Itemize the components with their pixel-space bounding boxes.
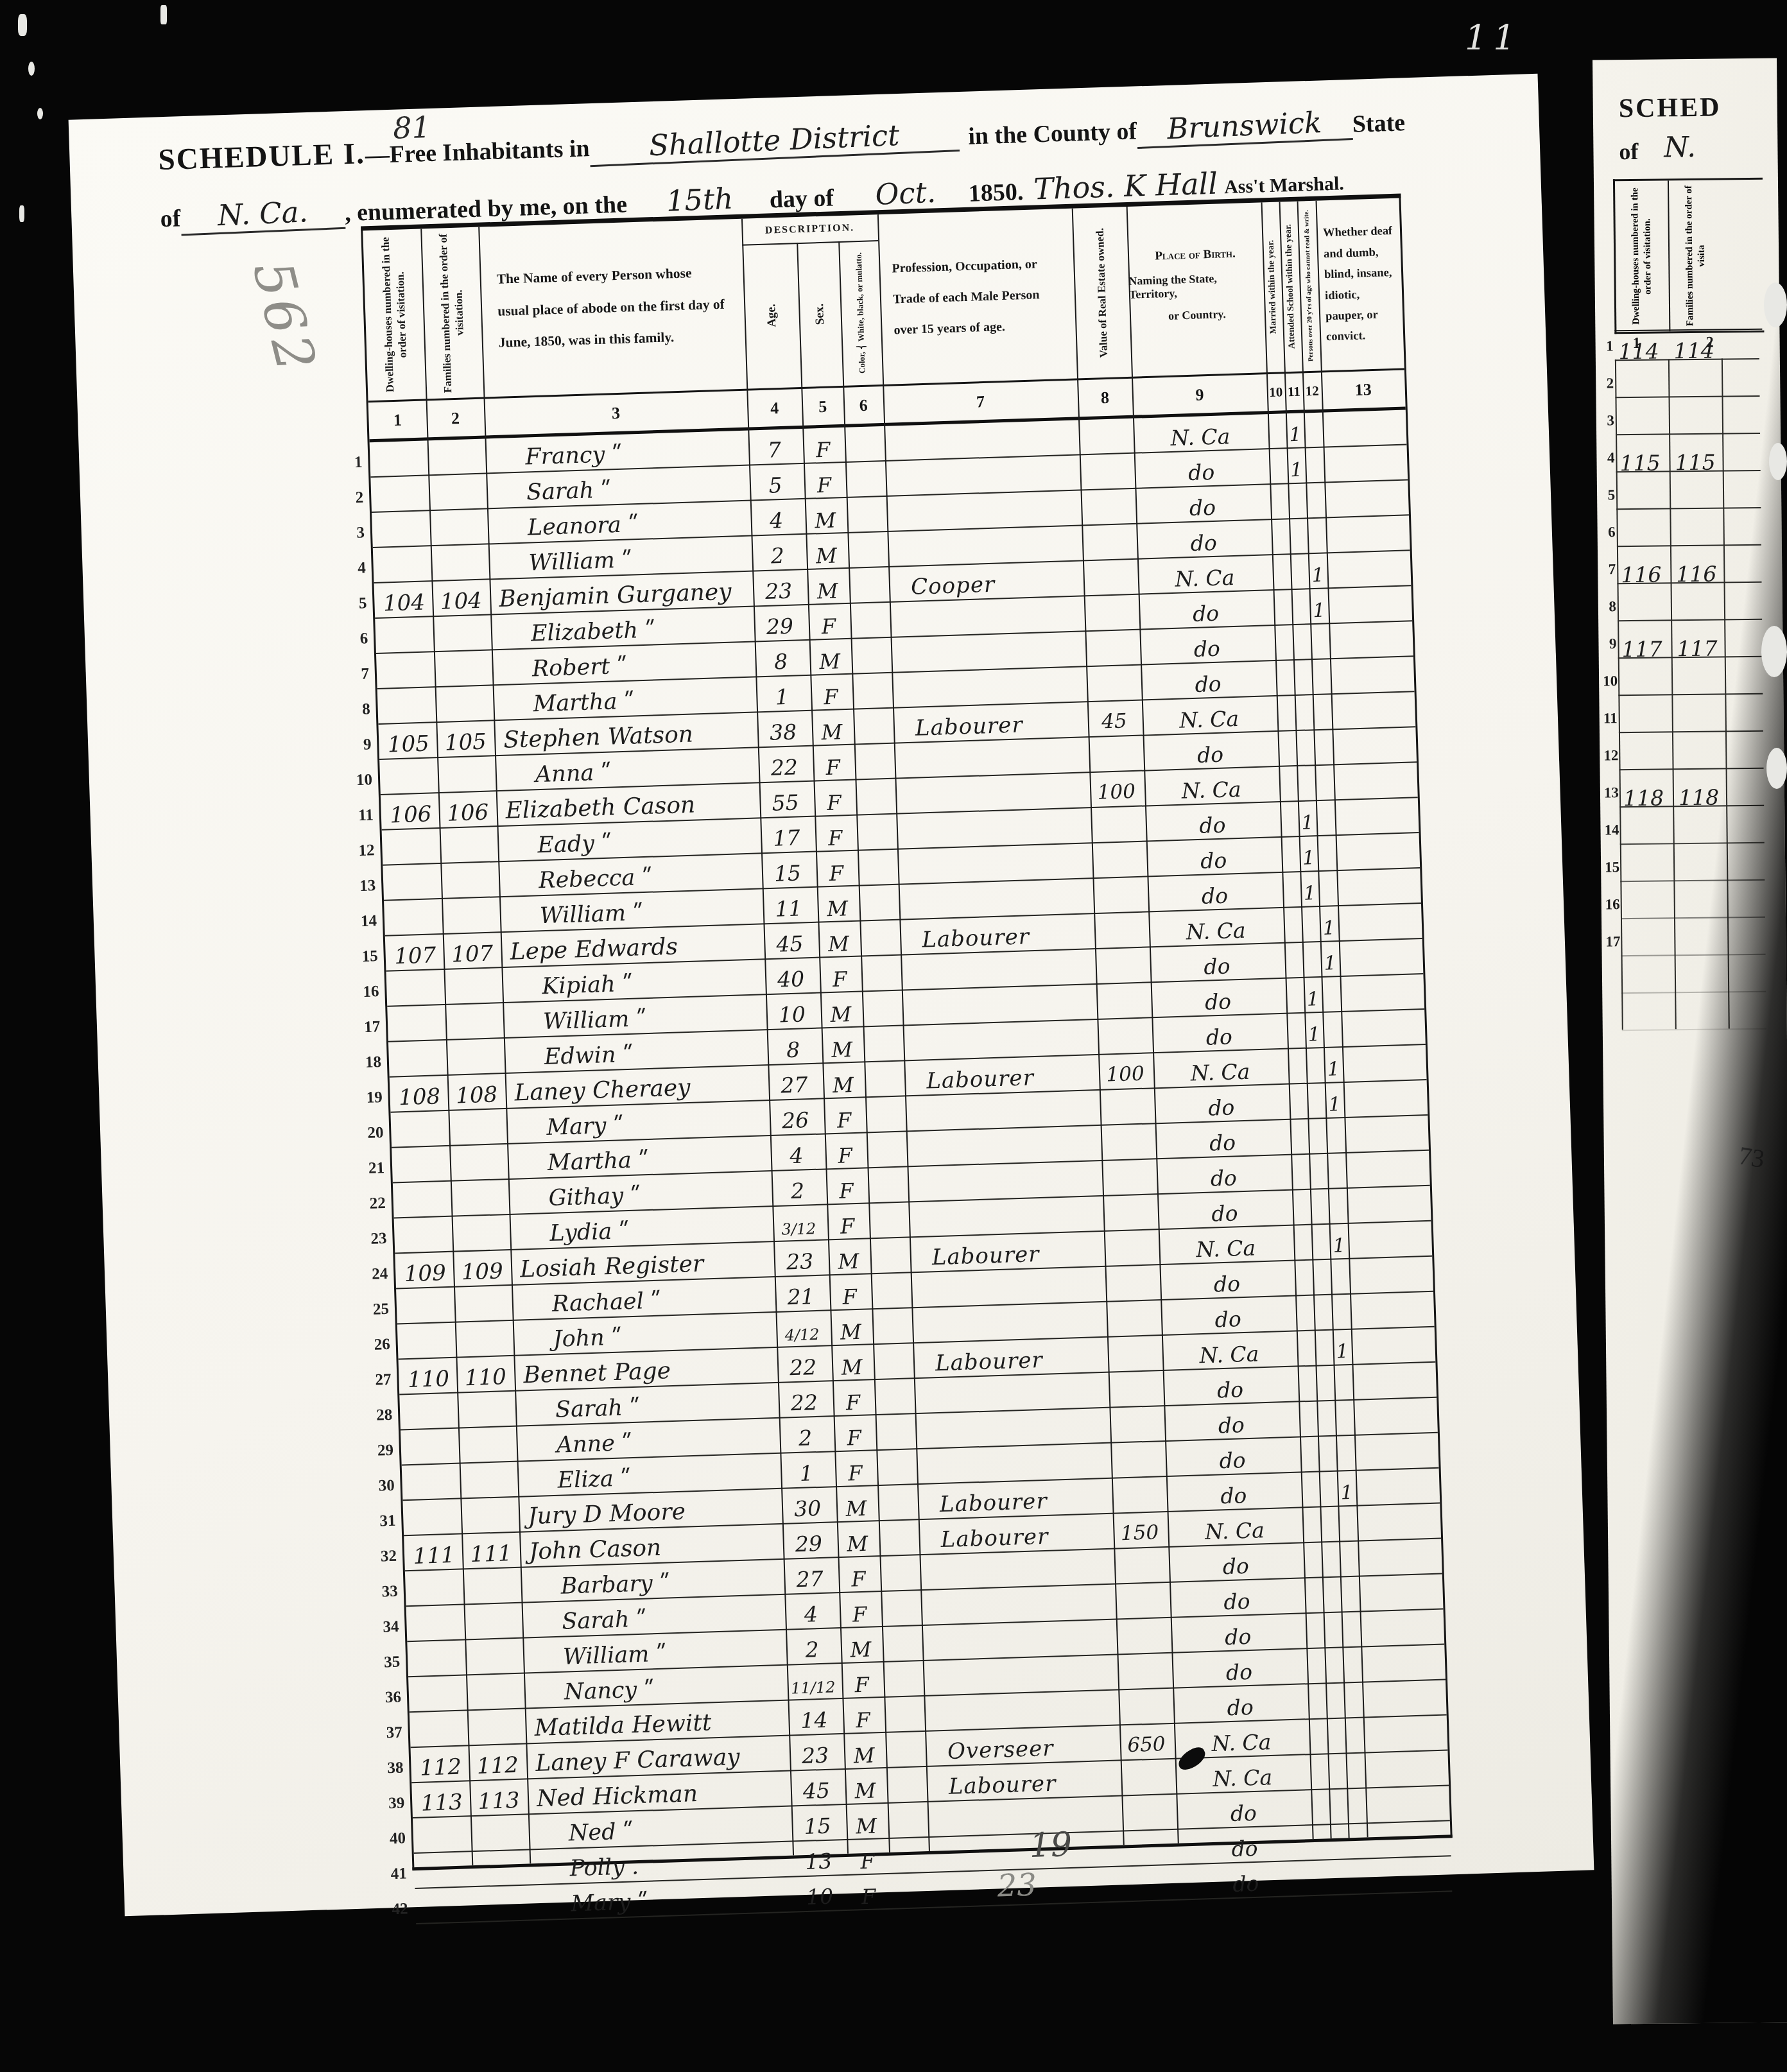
cell-dwelling-number: 110 bbox=[401, 1368, 456, 1392]
cell-dwelling-number: 108 bbox=[392, 1085, 447, 1109]
cell-deaf-dumb bbox=[1350, 1288, 1432, 1291]
cell-cannot-read-tick: 1 bbox=[1320, 919, 1339, 938]
cell-school-tick: 1 bbox=[1305, 1025, 1324, 1045]
column-number: 6 bbox=[843, 386, 884, 424]
cell-dwelling-number bbox=[373, 472, 427, 474]
bottom-tally-mark: 19 bbox=[1029, 1826, 1073, 1865]
cell-married-tick bbox=[1308, 1680, 1325, 1680]
cell-school-tick bbox=[1319, 1468, 1337, 1469]
cell-married-tick bbox=[1299, 1398, 1317, 1399]
cell-cannot-read-tick bbox=[1328, 1185, 1347, 1186]
cell-cannot-read-tick bbox=[1306, 479, 1324, 479]
census-scan: { "margin": { "top_right_number": "11", … bbox=[0, 0, 1787, 2072]
cell-name: Lepe Edwards bbox=[501, 933, 763, 964]
printed-line-number: 18 bbox=[349, 1054, 382, 1071]
cell-name: Francy ʺ bbox=[485, 440, 748, 471]
cell-deaf-dumb bbox=[1360, 1606, 1442, 1609]
right-handwritten-state-fragment: N. bbox=[1664, 131, 1696, 164]
cell-real-estate-value: 650 bbox=[1119, 1734, 1173, 1756]
cell-cannot-read-tick bbox=[1350, 1890, 1368, 1891]
printed-line-number: 10 bbox=[340, 772, 373, 789]
cell-deaf-dumb bbox=[1333, 759, 1415, 761]
cell-cannot-read-tick bbox=[1345, 1749, 1364, 1750]
cell-family-number bbox=[444, 929, 499, 931]
cell-profession: Labourer bbox=[904, 1065, 1098, 1092]
cell-school-tick: 1 bbox=[1300, 884, 1319, 904]
right-cell-family-number: 117 bbox=[1677, 636, 1717, 662]
cell-family-number bbox=[460, 1458, 515, 1460]
cell-family-number bbox=[456, 1317, 512, 1319]
cell-dwelling-number bbox=[383, 790, 437, 791]
cell-birthplace: do bbox=[1170, 1589, 1304, 1614]
scan-blob bbox=[1766, 748, 1787, 789]
cell-real-estate-value bbox=[1110, 1437, 1163, 1438]
cell-dwelling-number: 109 bbox=[398, 1262, 453, 1286]
cell-age: 2 bbox=[786, 1638, 838, 1661]
printed-text: in the County of bbox=[968, 117, 1137, 150]
cell-birthplace: N. Ca bbox=[1134, 424, 1268, 450]
cell-age: 4 bbox=[770, 1144, 822, 1167]
cell-cannot-read-tick bbox=[1319, 902, 1338, 903]
header-family-number: Families numbered in the order of visita… bbox=[420, 227, 483, 399]
right-printed-line-number: 6 bbox=[1601, 524, 1616, 540]
cell-name: Nancy ʺ bbox=[524, 1675, 786, 1705]
cell-family-number bbox=[460, 1423, 515, 1425]
right-printed-line-number: 17 bbox=[1605, 933, 1619, 950]
cell-cannot-read-tick bbox=[1339, 1538, 1358, 1539]
cell-age: 4 bbox=[785, 1603, 837, 1625]
cell-cannot-read-tick: 1 bbox=[1333, 1342, 1352, 1362]
cell-married-tick bbox=[1277, 727, 1295, 728]
cell-profession: Labourer bbox=[926, 1771, 1119, 1799]
cell-sex: F bbox=[826, 1180, 867, 1202]
cell-sex: M bbox=[837, 1533, 877, 1555]
cell-school-tick bbox=[1332, 1891, 1350, 1892]
cell-school-tick: 1 bbox=[1299, 813, 1317, 833]
cell-married-tick bbox=[1289, 1080, 1307, 1081]
cell-married-tick bbox=[1309, 1715, 1327, 1716]
cell-dwelling-number bbox=[381, 719, 435, 721]
cell-school-tick bbox=[1309, 1150, 1327, 1151]
cell-real-estate-value bbox=[1101, 1154, 1154, 1156]
cell-profession: Cooper bbox=[889, 571, 1082, 598]
column-number: 13 bbox=[1321, 370, 1406, 409]
cell-sex: F bbox=[814, 792, 854, 814]
cell-real-estate-value bbox=[1094, 908, 1146, 910]
cell-cannot-read-tick: 1 bbox=[1320, 954, 1340, 974]
cell-dwelling-number: 113 bbox=[415, 1791, 469, 1815]
right-cell-dwelling-number: 116 bbox=[1621, 562, 1661, 588]
printed-line-number: 2 bbox=[331, 490, 364, 507]
cell-dwelling-number bbox=[419, 1919, 472, 1921]
cell-real-estate-value: 100 bbox=[1099, 1064, 1152, 1085]
cell-sex: M bbox=[829, 1250, 869, 1272]
printed-line-number: 33 bbox=[365, 1584, 398, 1601]
cell-married-tick bbox=[1309, 1750, 1327, 1751]
cell-family-number bbox=[447, 1035, 503, 1037]
cell-birthplace: do bbox=[1164, 1412, 1299, 1438]
cell-name: Stephen Watson bbox=[494, 721, 757, 752]
cell-deaf-dumb bbox=[1368, 1888, 1451, 1890]
cell-real-estate-value bbox=[1121, 1790, 1174, 1791]
cell-cannot-read-tick bbox=[1331, 1291, 1350, 1291]
cell-name: Ned ʺ bbox=[528, 1816, 791, 1847]
cell-family-number bbox=[432, 541, 487, 543]
cell-married-tick bbox=[1297, 1327, 1315, 1328]
cell-dwelling-number: 106 bbox=[383, 803, 438, 827]
printed-line-number: 30 bbox=[362, 1478, 395, 1495]
cell-cannot-read-tick bbox=[1336, 1432, 1354, 1433]
grid-line bbox=[1618, 619, 1762, 621]
printed-line-number: 9 bbox=[339, 736, 372, 754]
cell-married-tick bbox=[1311, 1786, 1329, 1786]
cell-age: 4/12 bbox=[776, 1326, 828, 1343]
cell-cannot-read-tick bbox=[1317, 832, 1335, 833]
cell-birthplace: N. Ca bbox=[1159, 1236, 1293, 1262]
cell-name: Sarah ʺ bbox=[487, 475, 749, 506]
cell-family-number: 105 bbox=[438, 730, 494, 754]
cell-school-tick: 1 bbox=[1304, 990, 1322, 1010]
cell-age: 30 bbox=[782, 1497, 834, 1519]
cell-family-number: 113 bbox=[471, 1790, 527, 1813]
cell-birthplace: do bbox=[1152, 1024, 1286, 1050]
cell-birthplace: do bbox=[1146, 848, 1281, 874]
cell-dwelling-number: 111 bbox=[407, 1544, 462, 1568]
cell-age: 29 bbox=[754, 615, 806, 637]
cell-family-number: 110 bbox=[458, 1366, 514, 1390]
cell-family-number bbox=[440, 788, 495, 790]
cell-family-number bbox=[442, 858, 497, 860]
cell-name: William ʺ bbox=[488, 546, 751, 576]
cell-birthplace: do bbox=[1161, 1307, 1295, 1333]
cell-age: 45 bbox=[764, 933, 816, 955]
cell-real-estate-value bbox=[1115, 1578, 1168, 1580]
cell-deaf-dumb bbox=[1368, 1852, 1450, 1855]
cell-birthplace: do bbox=[1163, 1377, 1297, 1403]
cell-school-tick bbox=[1311, 1221, 1329, 1222]
cell-sex: M bbox=[812, 721, 852, 743]
cell-birthplace: do bbox=[1158, 1201, 1292, 1227]
cell-name: Sarah ʺ bbox=[515, 1392, 778, 1423]
right-cell-family-number: 115 bbox=[1675, 450, 1715, 476]
right-schedule-title-fragment: SCHED bbox=[1619, 92, 1722, 124]
cell-family-number bbox=[463, 1529, 518, 1531]
cell-deaf-dumb bbox=[1323, 441, 1405, 444]
cell-cannot-read-tick bbox=[1347, 1784, 1365, 1785]
cell-age: 21 bbox=[775, 1285, 827, 1308]
cell-sex: F bbox=[827, 1215, 868, 1237]
cell-sex: M bbox=[844, 1745, 885, 1766]
cell-sex: F bbox=[843, 1709, 883, 1731]
cell-name: William ʺ bbox=[503, 1004, 766, 1035]
cell-cannot-read-tick: 1 bbox=[1329, 1236, 1349, 1256]
cell-age: 13 bbox=[793, 1850, 845, 1872]
cell-cannot-read-tick bbox=[1318, 867, 1336, 868]
cell-name: Githay ʺ bbox=[508, 1180, 771, 1211]
cell-sex: F bbox=[829, 1286, 870, 1308]
cell-name: Elizabeth Cason bbox=[496, 791, 759, 823]
grid-line bbox=[1618, 693, 1763, 696]
cell-dwelling-number bbox=[406, 1531, 460, 1533]
cell-sex: M bbox=[820, 1004, 861, 1026]
cell-name: Robert ʺ bbox=[492, 652, 754, 682]
printed-line-number: 5 bbox=[334, 595, 367, 612]
cell-dwelling-number bbox=[408, 1601, 462, 1603]
cell-family-number: 104 bbox=[433, 589, 489, 613]
cell-cannot-read-tick bbox=[1304, 444, 1323, 445]
cell-deaf-dumb bbox=[1347, 1218, 1429, 1220]
cell-age: 14 bbox=[788, 1709, 840, 1731]
cell-school-tick bbox=[1307, 1080, 1325, 1080]
cell-name: Jury D Moore bbox=[519, 1498, 781, 1529]
cell-school-tick bbox=[1308, 1115, 1325, 1116]
bottom-tally-mark-faint: 23 bbox=[997, 1867, 1037, 1904]
cell-real-estate-value bbox=[1108, 1366, 1161, 1368]
cell-family-number bbox=[465, 1600, 520, 1601]
cell-sex: F bbox=[847, 1851, 888, 1872]
cell-married-tick bbox=[1291, 1151, 1309, 1152]
cell-married-tick bbox=[1277, 692, 1295, 693]
cell-deaf-dumb bbox=[1325, 512, 1408, 514]
cell-age: 27 bbox=[768, 1074, 820, 1096]
cell-profession: Overseer bbox=[926, 1736, 1119, 1763]
cell-dwelling-number bbox=[379, 648, 433, 650]
printed-line-number: 27 bbox=[359, 1372, 392, 1389]
cell-dwelling-number bbox=[410, 1636, 463, 1638]
printed-line-number: 31 bbox=[363, 1513, 396, 1530]
cell-name: John ʺ bbox=[513, 1322, 775, 1352]
cell-dwelling-number: 112 bbox=[413, 1756, 468, 1779]
cell-birthplace: do bbox=[1146, 813, 1280, 838]
column-number: 10 bbox=[1266, 374, 1286, 411]
cell-name: Benjamin Gurganey bbox=[490, 580, 752, 612]
cell-family-number: 111 bbox=[463, 1542, 519, 1566]
cell-real-estate-value bbox=[1119, 1719, 1172, 1721]
cell-sex: M bbox=[818, 933, 859, 955]
cell-married-tick bbox=[1273, 586, 1291, 587]
printed-line-number: 4 bbox=[333, 560, 366, 577]
right-printed-line-number: 2 bbox=[1600, 375, 1614, 392]
cell-school-tick bbox=[1290, 550, 1308, 551]
cell-married-tick bbox=[1297, 1363, 1315, 1363]
cell-family-number bbox=[452, 1176, 507, 1178]
cell-married-tick bbox=[1294, 1257, 1312, 1257]
cell-dwelling-number bbox=[374, 507, 428, 509]
grid-line bbox=[1616, 507, 1761, 510]
cell-sex: F bbox=[834, 1427, 874, 1449]
cell-sex: F bbox=[815, 827, 856, 849]
cell-deaf-dumb bbox=[1332, 723, 1414, 726]
cell-age: 3/12 bbox=[773, 1221, 825, 1238]
grid-line bbox=[1619, 730, 1763, 733]
cell-married-tick bbox=[1284, 939, 1302, 940]
cell-age: 1 bbox=[781, 1462, 833, 1484]
cell-cannot-read-tick: 1 bbox=[1308, 565, 1327, 585]
cell-birthplace: do bbox=[1166, 1447, 1300, 1473]
printed-line-number: 15 bbox=[345, 948, 378, 965]
cell-cannot-read-tick bbox=[1341, 1609, 1360, 1609]
cell-cannot-read-tick bbox=[1345, 1714, 1363, 1715]
cell-birthplace: do bbox=[1150, 954, 1284, 980]
cell-married-tick bbox=[1314, 1892, 1332, 1892]
cell-age: 23 bbox=[753, 580, 805, 602]
cell-dwelling-number bbox=[417, 1883, 471, 1885]
schedule-title: SCHEDULE I. bbox=[158, 136, 366, 177]
cell-cannot-read-tick bbox=[1334, 1397, 1353, 1397]
cell-age: 15 bbox=[791, 1815, 843, 1837]
cell-family-number bbox=[466, 1635, 521, 1637]
cell-real-estate-value bbox=[1104, 1225, 1157, 1227]
right-printed-of: of bbox=[1619, 138, 1638, 165]
cell-name: Kipiah ʺ bbox=[502, 969, 764, 999]
cell-name: William ʺ bbox=[499, 898, 762, 929]
header-deaf-dumb: Whether deaf and dumb, blind, insane, id… bbox=[1316, 198, 1404, 371]
grid-line bbox=[1617, 544, 1761, 547]
printed-line-number: 29 bbox=[361, 1442, 394, 1460]
cell-family-number: 109 bbox=[454, 1260, 510, 1284]
cell-married-tick bbox=[1313, 1856, 1331, 1857]
cell-sex: M bbox=[832, 1356, 872, 1378]
printed-line-number: 12 bbox=[342, 842, 375, 859]
printed-line-number: 17 bbox=[348, 1019, 381, 1036]
cell-family-number bbox=[436, 682, 491, 684]
cell-name: Eliza ʺ bbox=[517, 1463, 780, 1494]
cell-birthplace: do bbox=[1157, 1166, 1291, 1191]
cell-age: 22 bbox=[778, 1391, 830, 1413]
cell-school-tick bbox=[1330, 1820, 1348, 1821]
cell-age: 23 bbox=[774, 1250, 826, 1272]
cell-dwelling-number bbox=[380, 684, 434, 686]
cell-age: 2 bbox=[779, 1426, 831, 1449]
cell-dwelling-number: 107 bbox=[388, 944, 442, 968]
cell-family-number bbox=[454, 1247, 509, 1248]
cell-real-estate-value bbox=[1080, 449, 1132, 451]
cell-dwelling-number bbox=[400, 1319, 454, 1321]
header-profession: Profession, Occupation, or Trade of each… bbox=[877, 209, 1077, 384]
cell-school-tick bbox=[1291, 585, 1309, 586]
cell-name: Ned Hickman bbox=[528, 1780, 790, 1811]
cell-real-estate-value bbox=[1109, 1401, 1162, 1403]
cell-sex: F bbox=[820, 969, 860, 990]
cell-real-estate-value bbox=[1098, 1048, 1151, 1050]
printed-line-number: 25 bbox=[357, 1301, 390, 1318]
cell-cannot-read-tick bbox=[1316, 797, 1334, 797]
cell-sex: F bbox=[816, 863, 857, 885]
cell-age: 8 bbox=[755, 650, 807, 673]
printed-line-number: 6 bbox=[336, 630, 368, 648]
cell-real-estate-value bbox=[1100, 1119, 1153, 1121]
cell-birthplace: N. Ca bbox=[1175, 1765, 1309, 1791]
cell-real-estate-value bbox=[1095, 942, 1148, 944]
cell-family-number bbox=[457, 1352, 512, 1354]
census-table: Dwelling-houses numbered in the order of… bbox=[361, 194, 1453, 1871]
cell-sex: F bbox=[838, 1568, 879, 1590]
cell-family-number bbox=[475, 1917, 530, 1919]
cell-age: 11/12 bbox=[788, 1679, 840, 1696]
cell-deaf-dumb bbox=[1354, 1429, 1437, 1432]
cell-deaf-dumb bbox=[1352, 1359, 1434, 1361]
cell-school-tick bbox=[1331, 1856, 1349, 1856]
handwritten-county: Brunswick bbox=[1136, 104, 1353, 149]
cell-school-tick bbox=[1321, 1539, 1339, 1539]
cell-deaf-dumb bbox=[1356, 1500, 1438, 1503]
cell-age: 5 bbox=[750, 474, 802, 496]
cell-age: 26 bbox=[770, 1109, 822, 1132]
cell-birthplace: do bbox=[1155, 1130, 1290, 1156]
cell-married-tick bbox=[1282, 868, 1300, 869]
cell-deaf-dumb bbox=[1358, 1535, 1440, 1538]
cell-real-estate-value bbox=[1086, 660, 1139, 662]
printed-line-number: 36 bbox=[369, 1689, 402, 1707]
printed-text: Ass't Marshal. bbox=[1224, 173, 1345, 198]
cell-married-tick bbox=[1288, 1045, 1306, 1046]
cell-name: William ʺ bbox=[523, 1639, 786, 1670]
cell-sex: M bbox=[823, 1075, 863, 1096]
cell-birthplace: do bbox=[1139, 601, 1273, 626]
cell-family-number bbox=[467, 1670, 522, 1672]
cell-sex: F bbox=[824, 1109, 865, 1131]
grid-line bbox=[1622, 1028, 1766, 1031]
right-printed-line-number: 8 bbox=[1602, 598, 1616, 615]
column-number: 8 bbox=[1077, 379, 1133, 417]
printed-line-number: 11 bbox=[341, 807, 374, 824]
right-cell-dwelling-number: 118 bbox=[1623, 785, 1664, 811]
cell-real-estate-value bbox=[1082, 519, 1134, 521]
cell-sex: F bbox=[804, 474, 845, 496]
cell-deaf-dumb bbox=[1363, 1712, 1446, 1714]
table-body: 1 Francy ʺ 7 F N. Ca 1 2 Sarah ʺ 5 F do … bbox=[370, 410, 1451, 1870]
cell-deaf-dumb bbox=[1341, 1006, 1423, 1008]
printed-text: —Free Inhabitants in bbox=[365, 134, 590, 169]
column-number: 2 bbox=[426, 399, 485, 438]
cell-family-number: 107 bbox=[444, 942, 500, 966]
cell-real-estate-value bbox=[1083, 555, 1135, 557]
cell-sex: M bbox=[822, 1039, 862, 1061]
cell-birthplace: do bbox=[1166, 1483, 1300, 1508]
cell-deaf-dumb bbox=[1353, 1394, 1435, 1397]
printed-line-number: 19 bbox=[350, 1089, 383, 1107]
printed-line-number: 1 bbox=[330, 454, 363, 472]
grid-line bbox=[1615, 395, 1759, 398]
right-printed-line-number: 16 bbox=[1605, 896, 1619, 913]
cell-dwelling-number bbox=[401, 1354, 454, 1356]
cell-birthplace: do bbox=[1135, 495, 1270, 521]
cell-profession: Labourer bbox=[919, 1524, 1112, 1551]
cell-birthplace: N. Ca bbox=[1144, 777, 1279, 803]
cell-real-estate-value: 150 bbox=[1113, 1523, 1166, 1544]
cell-married-tick bbox=[1280, 798, 1298, 799]
cell-birthplace: N. Ca bbox=[1153, 1060, 1288, 1085]
right-printed-line-number: 5 bbox=[1601, 487, 1615, 503]
cell-married-tick bbox=[1305, 1609, 1323, 1610]
cell-age: 55 bbox=[759, 791, 811, 814]
header-sex: Sex. bbox=[797, 241, 843, 387]
cell-dwelling-number bbox=[403, 1425, 457, 1427]
cell-real-estate-value bbox=[1085, 625, 1137, 627]
column-number: 12 bbox=[1302, 373, 1322, 410]
cell-sex: F bbox=[813, 757, 853, 779]
cell-deaf-dumb bbox=[1359, 1571, 1441, 1573]
printed-line-number: 7 bbox=[337, 666, 370, 683]
printed-line-number: 16 bbox=[347, 983, 379, 1001]
cell-married-tick bbox=[1304, 1574, 1322, 1575]
cell-sex: M bbox=[845, 1780, 885, 1802]
cell-dwelling-number bbox=[376, 578, 430, 580]
cell-deaf-dumb bbox=[1330, 653, 1412, 655]
cell-birthplace: do bbox=[1171, 1624, 1305, 1650]
cell-sex: F bbox=[803, 439, 843, 461]
cell-dwelling-number bbox=[388, 931, 442, 933]
